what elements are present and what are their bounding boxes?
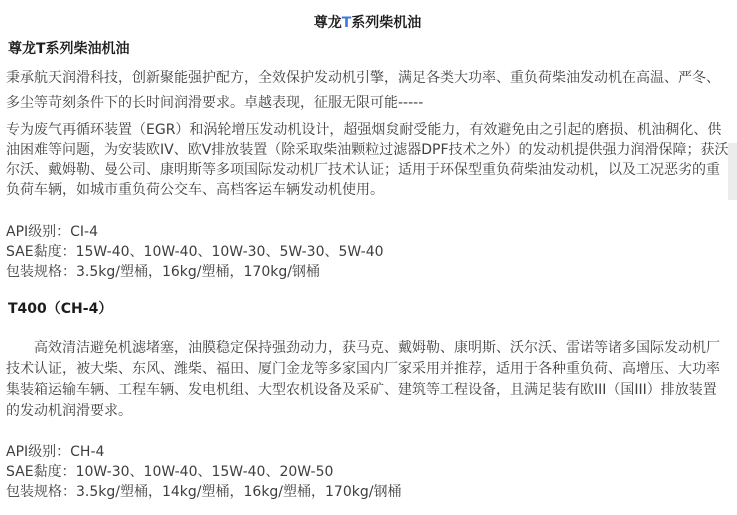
scrollbar-thumb[interactable] — [728, 143, 737, 200]
section1-body-paragraph: 专为废气再循环装置（EGR）和涡轮增压发动机设计，超强烟炱耐受能力，有效避免由之… — [6, 120, 729, 200]
spec-label: SAE黏度： — [6, 244, 76, 260]
spec-value: CI-4 — [70, 224, 98, 240]
page-title-prefix: 尊龙 — [314, 15, 342, 31]
page-title-highlight: T — [342, 15, 352, 31]
spec-label: 包装规格： — [6, 484, 76, 500]
spec-label: API级别： — [6, 224, 70, 240]
spec-row-packaging: 包装规格：3.5kg/塑桶，16kg/塑桶，170kg/钢桶 — [6, 262, 729, 282]
spec-row-packaging: 包装规格：3.5kg/塑桶，14kg/塑桶，16kg/塑桶，170kg/钢桶 — [6, 482, 729, 502]
section2-body-paragraph: 高效清洁避免机滤堵塞，油膜稳定保持强劲动力，获马克、戴姆勒、康明斯、沃尔沃、雷诺… — [6, 338, 729, 422]
section1-specs: API级别：CI-4 SAE黏度：15W-40、10W-40、10W-30、5W… — [6, 222, 729, 282]
page-title: 尊龙T系列柴机油 — [6, 14, 729, 32]
spec-value: 15W-40、10W-40、10W-30、5W-30、5W-40 — [76, 244, 384, 260]
section1-intro-paragraph: 秉承航天润滑科技，创新聚能强护配方，全效保护发动机引擎，满足各类大功率、重负荷柴… — [6, 66, 729, 116]
section2-specs: API级别：CH-4 SAE黏度：10W-30、10W-40、15W-40、20… — [6, 442, 729, 502]
spec-value: 3.5kg/塑桶，14kg/塑桶，16kg/塑桶，170kg/钢桶 — [76, 484, 401, 500]
page-title-suffix: 系列柴机油 — [351, 15, 421, 31]
spec-value: 10W-30、10W-40、15W-40、20W-50 — [76, 464, 334, 480]
spec-label: SAE黏度： — [6, 464, 76, 480]
spec-row-api-grade: API级别：CH-4 — [6, 442, 729, 462]
spec-row-api-grade: API级别：CI-4 — [6, 222, 729, 242]
spec-label: 包装规格： — [6, 264, 76, 280]
spec-row-sae-viscosity: SAE黏度：10W-30、10W-40、15W-40、20W-50 — [6, 462, 729, 482]
spec-value: CH-4 — [70, 444, 104, 460]
spec-label: API级别： — [6, 444, 70, 460]
document-body: 尊龙T系列柴机油 尊龙T系列柴油机油 秉承航天润滑科技，创新聚能强护配方，全效保… — [0, 0, 737, 502]
spec-value: 3.5kg/塑桶，16kg/塑桶，170kg/钢桶 — [76, 264, 320, 280]
section2-heading: T400（CH-4） — [6, 300, 729, 318]
spec-row-sae-viscosity: SAE黏度：15W-40、10W-40、10W-30、5W-30、5W-40 — [6, 242, 729, 262]
section1-heading: 尊龙T系列柴油机油 — [6, 40, 729, 58]
